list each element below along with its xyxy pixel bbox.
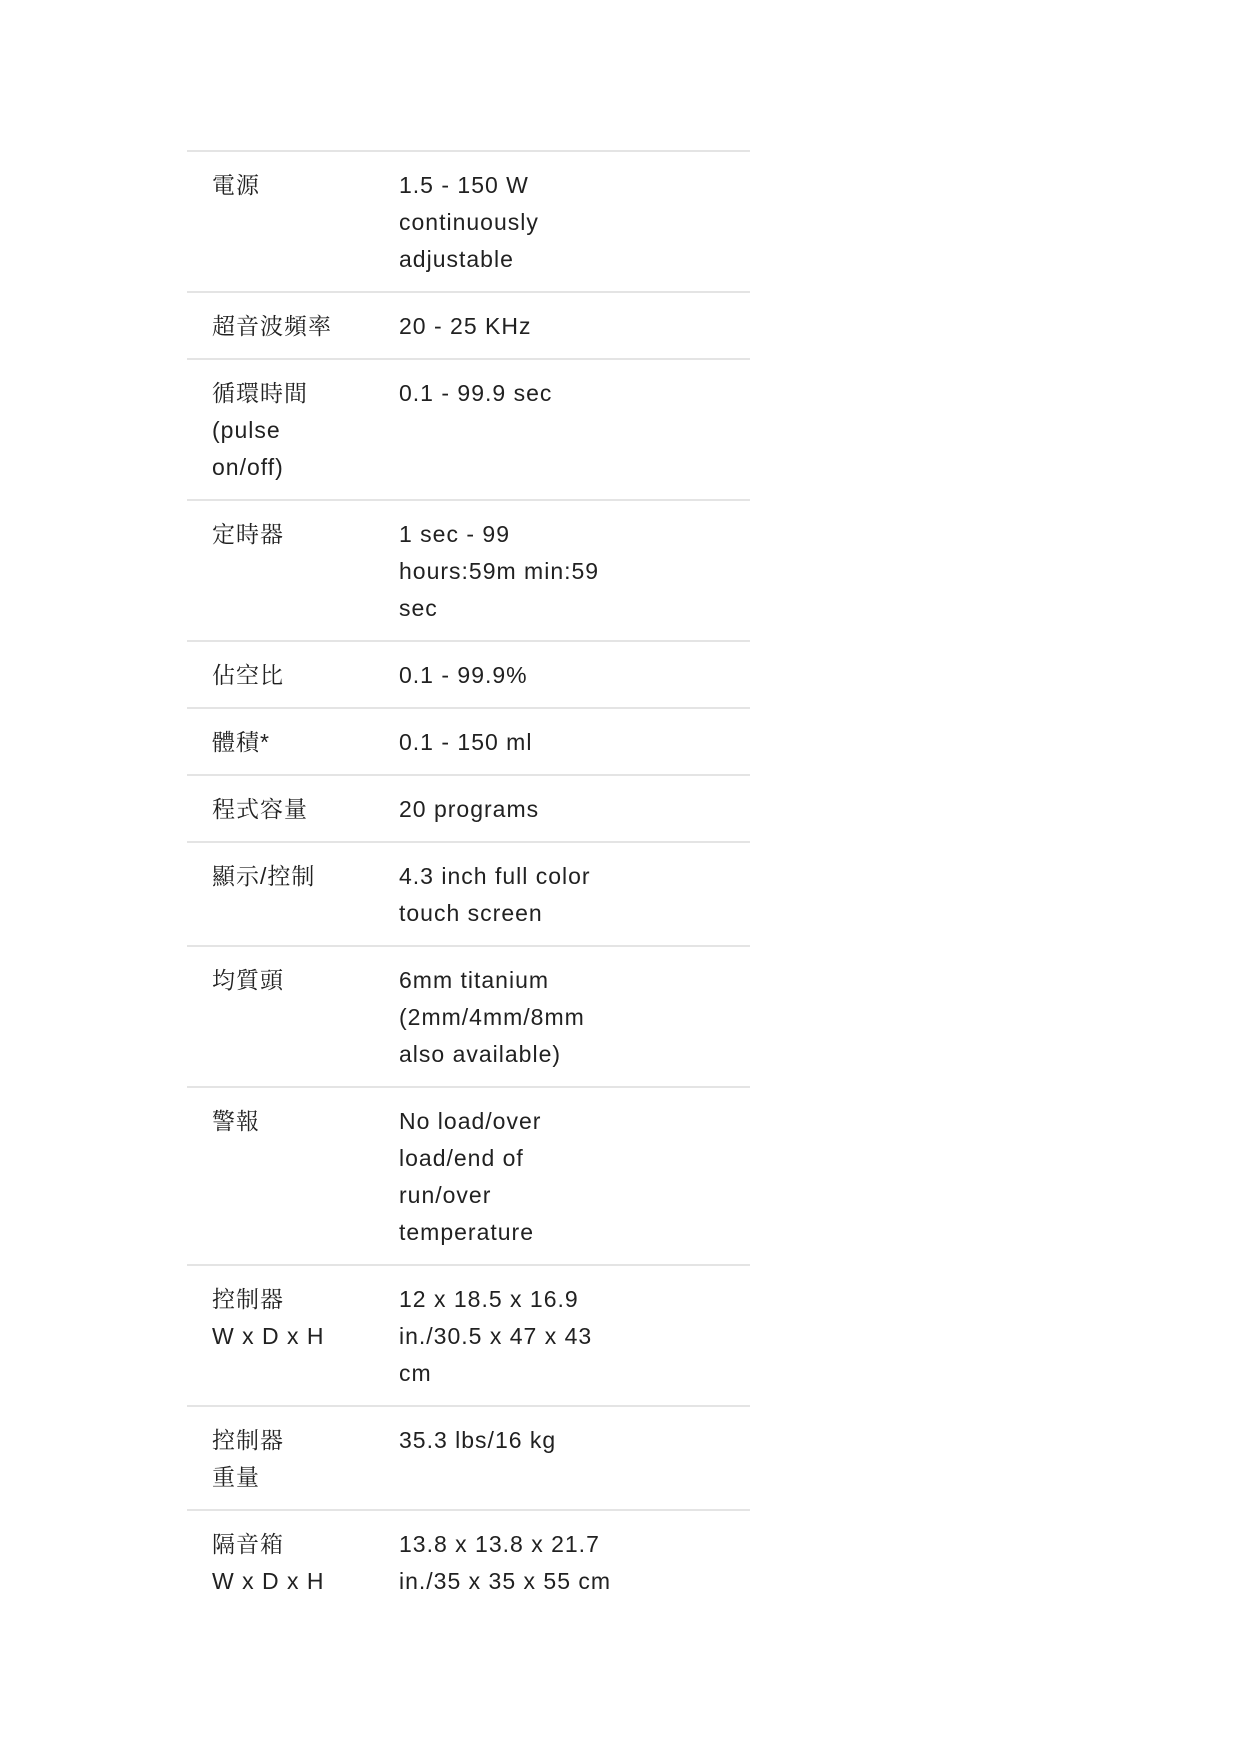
spec-row-power: 電源 1.5 - 150 W continuously adjustable [187, 151, 750, 292]
value-line: run/over [399, 1177, 670, 1214]
spec-value: 12 x 18.5 x 16.9 in./30.5 x 47 x 43 cm [399, 1265, 750, 1406]
label-line: on/off) [212, 449, 399, 486]
spec-label: 程式容量 [187, 775, 399, 842]
value-line: 6mm titanium [399, 962, 670, 999]
label-line: (pulse [212, 412, 399, 449]
spec-row-controller-dimensions: 控制器 W x D x H 12 x 18.5 x 16.9 in./30.5 … [187, 1265, 750, 1406]
value-line: 20 - 25 KHz [399, 308, 670, 345]
value-line: hours:59m min:59 [399, 553, 670, 590]
spec-label: 定時器 [187, 500, 399, 641]
value-line: sec [399, 590, 670, 627]
spec-label: 佔空比 [187, 641, 399, 708]
spec-value: 1 sec - 99 hours:59m min:59 sec [399, 500, 750, 641]
value-line: load/end of [399, 1140, 670, 1177]
label-line: 控制器 [212, 1422, 399, 1459]
spec-label: 循環時間 (pulse on/off) [187, 359, 399, 500]
spec-label: 均質頭 [187, 946, 399, 1087]
label-line: 佔空比 [212, 657, 399, 694]
spec-row-display-control: 顯示/控制 4.3 inch full color touch screen [187, 842, 750, 946]
spec-value: 6mm titanium (2mm/4mm/8mm also available… [399, 946, 750, 1087]
spec-row-duty-cycle: 佔空比 0.1 - 99.9% [187, 641, 750, 708]
spec-row-alarms: 警報 No load/over load/end of run/over tem… [187, 1087, 750, 1265]
spec-label: 隔音箱 W x D x H [187, 1510, 399, 1613]
spec-label: 體積* [187, 708, 399, 775]
value-line: 1.5 - 150 W [399, 167, 670, 204]
spec-label: 電源 [187, 151, 399, 292]
spec-value: 20 programs [399, 775, 750, 842]
value-line: 4.3 inch full color [399, 858, 670, 895]
value-line: 0.1 - 99.9 sec [399, 375, 670, 412]
value-line: temperature [399, 1214, 670, 1251]
spec-row-cycle-time: 循環時間 (pulse on/off) 0.1 - 99.9 sec [187, 359, 750, 500]
label-line: 體積* [212, 724, 399, 761]
value-line: continuously [399, 204, 670, 241]
label-line: 電源 [212, 167, 399, 204]
spec-row-program-capacity: 程式容量 20 programs [187, 775, 750, 842]
value-line: 0.1 - 99.9% [399, 657, 670, 694]
label-line: 超音波頻率 [212, 308, 399, 345]
value-line: cm [399, 1355, 670, 1392]
spec-value: 13.8 x 13.8 x 21.7 in./35 x 35 x 55 cm [399, 1510, 750, 1613]
spec-value: 1.5 - 150 W continuously adjustable [399, 151, 750, 292]
label-line: 定時器 [212, 516, 399, 553]
spec-label: 超音波頻率 [187, 292, 399, 359]
label-line: 重量 [212, 1459, 399, 1496]
label-line: 隔音箱 [212, 1526, 399, 1563]
label-line: W x D x H [212, 1318, 399, 1355]
spec-row-volume: 體積* 0.1 - 150 ml [187, 708, 750, 775]
value-line: 35.3 lbs/16 kg [399, 1422, 670, 1459]
spec-table-body: 電源 1.5 - 150 W continuously adjustable 超… [187, 151, 750, 1613]
value-line: 0.1 - 150 ml [399, 724, 670, 761]
spec-table: 電源 1.5 - 150 W continuously adjustable 超… [187, 150, 750, 1613]
label-line: 均質頭 [212, 962, 399, 999]
spec-value: 0.1 - 150 ml [399, 708, 750, 775]
spec-row-sound-enclosure-dimensions: 隔音箱 W x D x H 13.8 x 13.8 x 21.7 in./35 … [187, 1510, 750, 1613]
spec-row-probe: 均質頭 6mm titanium (2mm/4mm/8mm also avail… [187, 946, 750, 1087]
value-line: 12 x 18.5 x 16.9 [399, 1281, 670, 1318]
value-line: No load/over [399, 1103, 670, 1140]
spec-value: 0.1 - 99.9 sec [399, 359, 750, 500]
spec-value: 4.3 inch full color touch screen [399, 842, 750, 946]
label-line: W x D x H [212, 1563, 399, 1600]
spec-label: 顯示/控制 [187, 842, 399, 946]
value-line: (2mm/4mm/8mm [399, 999, 670, 1036]
spec-value: 20 - 25 KHz [399, 292, 750, 359]
spec-label: 控制器 W x D x H [187, 1265, 399, 1406]
label-line: 循環時間 [212, 375, 399, 412]
value-line: also available) [399, 1036, 670, 1073]
value-line: adjustable [399, 241, 670, 278]
spec-value: No load/over load/end of run/over temper… [399, 1087, 750, 1265]
value-line: 1 sec - 99 [399, 516, 670, 553]
spec-row-ultrasonic-frequency: 超音波頻率 20 - 25 KHz [187, 292, 750, 359]
spec-row-timer: 定時器 1 sec - 99 hours:59m min:59 sec [187, 500, 750, 641]
spec-label: 控制器 重量 [187, 1406, 399, 1510]
spec-value: 0.1 - 99.9% [399, 641, 750, 708]
value-line: touch screen [399, 895, 670, 932]
label-line: 程式容量 [212, 791, 399, 828]
spec-row-controller-weight: 控制器 重量 35.3 lbs/16 kg [187, 1406, 750, 1510]
spec-value: 35.3 lbs/16 kg [399, 1406, 750, 1510]
label-line: 警報 [212, 1103, 399, 1140]
spec-label: 警報 [187, 1087, 399, 1265]
label-line: 控制器 [212, 1281, 399, 1318]
value-line: in./35 x 35 x 55 cm [399, 1563, 670, 1600]
label-line: 顯示/控制 [212, 858, 399, 895]
value-line: 13.8 x 13.8 x 21.7 [399, 1526, 670, 1563]
value-line: in./30.5 x 47 x 43 [399, 1318, 670, 1355]
value-line: 20 programs [399, 791, 670, 828]
